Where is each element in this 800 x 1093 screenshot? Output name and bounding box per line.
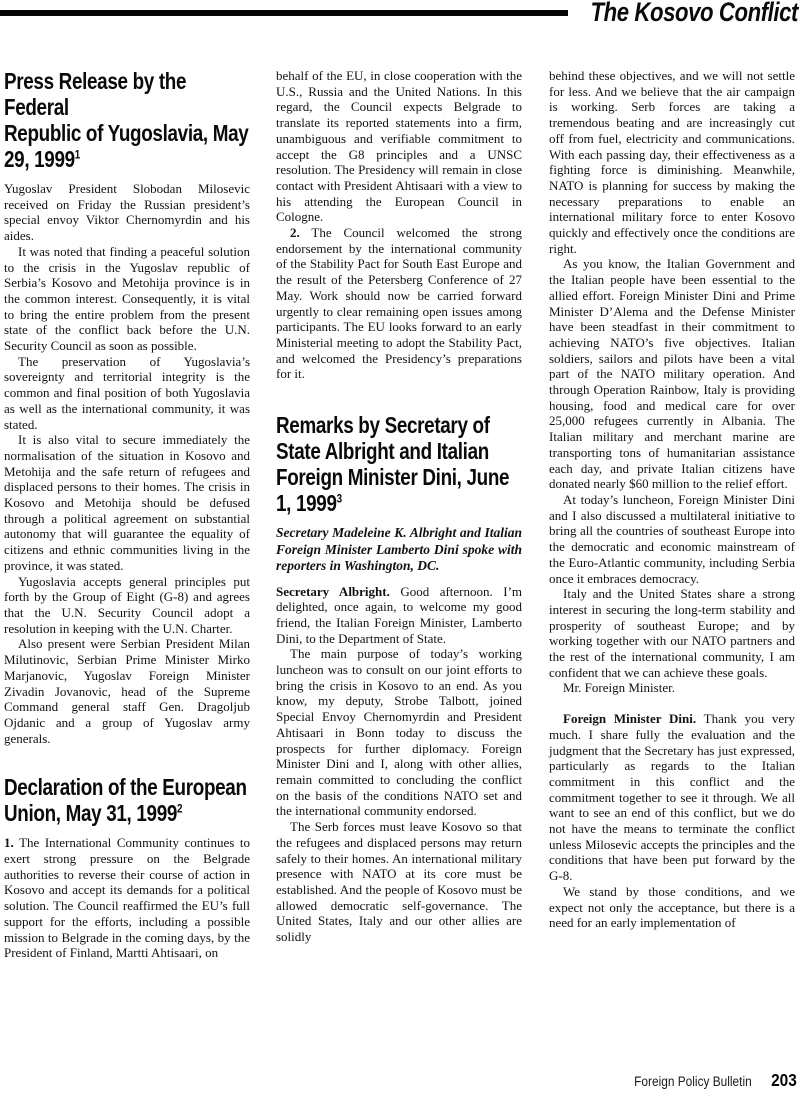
- heading-press-release: Press Release by the Federal Republic of…: [4, 68, 250, 172]
- column-2: behalf of the EU, in close cooperation w…: [276, 68, 522, 945]
- heading-text: Remarks by Secretary of State Albright a…: [276, 412, 509, 516]
- heading-text: Declaration of the European Union, May 3…: [4, 774, 247, 826]
- page-title: The Kosovo Conflict: [591, 0, 798, 27]
- heading-text: Press Release by the Federal Republic of…: [4, 68, 248, 172]
- list-number: 2.: [290, 225, 300, 240]
- paragraph: behind these objectives, and we will not…: [549, 68, 795, 256]
- speaker-label: Foreign Minister Dini.: [563, 711, 696, 726]
- heading-remarks: Remarks by Secretary of State Albright a…: [276, 412, 522, 516]
- footnote-ref-3: 3: [337, 491, 342, 505]
- speaker-label: Secretary Albright.: [276, 584, 390, 599]
- paragraph: The Serb forces must leave Kosovo so tha…: [276, 819, 522, 945]
- paragraph: behalf of the EU, in close cooperation w…: [276, 68, 522, 225]
- column-1: Press Release by the Federal Republic of…: [4, 68, 250, 961]
- paragraph: We stand by those conditions, and we exp…: [549, 884, 795, 931]
- paragraph: Italy and the United States share a stro…: [549, 586, 795, 680]
- paragraph-text: The Council welcomed the strong endorsem…: [276, 225, 522, 381]
- paragraph: The preservation of Yugoslavia’s soverei…: [4, 354, 250, 433]
- masthead-rule: [0, 10, 568, 16]
- heading-eu-declaration: Declaration of the European Union, May 3…: [4, 774, 250, 826]
- paragraph: Foreign Minister Dini. Thank you very mu…: [549, 711, 795, 884]
- list-number: 1.: [4, 835, 14, 850]
- paragraph: It is also vital to secure immediately t…: [4, 432, 250, 573]
- paragraph: Secretary Albright. Good afternoon. I’m …: [276, 584, 522, 647]
- page-number: 203: [771, 1070, 797, 1091]
- page-footer: Foreign Policy Bulletin 203: [634, 1070, 797, 1091]
- publication-name: Foreign Policy Bulletin: [634, 1074, 752, 1089]
- paragraph: As you know, the Italian Government and …: [549, 256, 795, 492]
- paragraph: It was noted that finding a peaceful sol…: [4, 244, 250, 354]
- footnote-ref-2: 2: [177, 802, 182, 816]
- paragraph: Yugoslavia accepts general principles pu…: [4, 574, 250, 637]
- byline: Secretary Madeleine K. Albright and Ital…: [276, 525, 522, 575]
- paragraph: The main purpose of today’s working lunc…: [276, 646, 522, 819]
- paragraph: 1. The International Community continues…: [4, 835, 250, 961]
- paragraph-text: The International Community continues to…: [4, 835, 250, 960]
- column-3: behind these objectives, and we will not…: [549, 68, 795, 931]
- footnote-ref-1: 1: [75, 147, 80, 161]
- paragraph: At today’s luncheon, Foreign Minister Di…: [549, 492, 795, 586]
- paragraph: Mr. Foreign Minister.: [549, 680, 795, 696]
- paragraph: 2. The Council welcomed the strong endor…: [276, 225, 522, 382]
- paragraph-text: Thank you very much. I share fully the e…: [549, 711, 795, 883]
- paragraph: Also present were Serbian President Mila…: [4, 636, 250, 746]
- paragraph: Yugoslav President Slobodan Milosevic re…: [4, 181, 250, 244]
- document-page: The Kosovo Conflict Press Release by the…: [0, 0, 800, 1093]
